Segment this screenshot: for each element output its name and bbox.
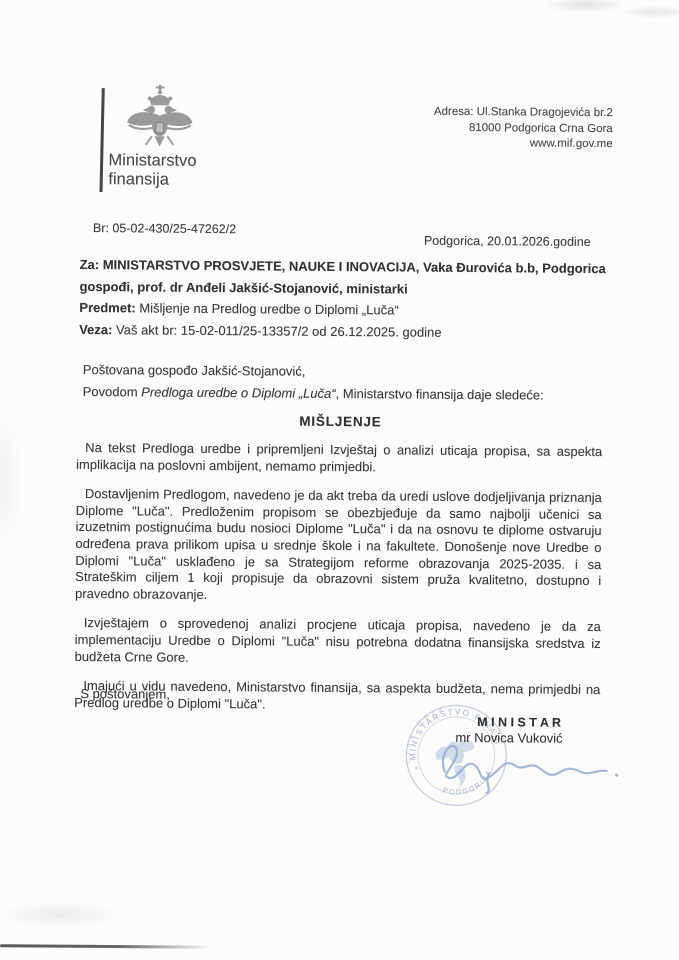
address-line3: www.mif.gov.me [399, 135, 613, 152]
address-line1: Adresa: Ul.Stanka Dragojevića br.2 [399, 104, 613, 121]
related-act-label: Veza: [79, 321, 112, 336]
recipient-block: Za: MINISTARSTVO PROSVJETE, NAUKE I INOV… [79, 254, 610, 344]
opinion-heading: MIŠLJENJE [78, 412, 602, 431]
paragraph-2: Dostavljenim Predlogom, navedeno je da a… [75, 486, 602, 606]
intro-suffix: , Ministarstvo finansija daje sledeće: [336, 386, 544, 403]
scan-fold-line [99, 88, 104, 192]
to-text: MINISTARSTVO PROSVJETE, NAUKE I INOVACIJ… [99, 257, 606, 276]
minister-title: M I N I S T A R [458, 715, 580, 730]
scan-tilt-layer: Ministarstvo finansija Adresa: Ul.Stanka… [0, 0, 679, 960]
intro-line: Povodom Predloga uredbe o Diplomi „Luča“… [83, 384, 603, 403]
place-and-date: Podgorica, 20.01.2026.godine [424, 234, 591, 249]
related-act-text: Vaš akt br: 15-02-011/25-13357/2 od 26.1… [112, 322, 441, 340]
paragraph-1: Na tekst Predloga uredbe i pripremljeni … [76, 440, 602, 477]
address-line2: 81000 Podgorica Crna Gora [399, 120, 613, 137]
related-act-line: Veza: Vaš akt br: 15-02-011/25-13357/2 o… [79, 318, 609, 344]
coat-of-arms-icon [117, 84, 204, 149]
scanned-letter-page: Ministarstvo finansija Adresa: Ul.Stanka… [0, 0, 679, 960]
letterhead: Ministarstvo finansija [108, 84, 229, 190]
paragraph-3: Izvještajem o sprovedenoj analizi procje… [75, 615, 601, 669]
subject-label: Predmet: [79, 300, 135, 315]
org-name-line1: Ministarstvo [108, 151, 228, 171]
handwritten-signature-icon [429, 732, 629, 796]
org-name-line2: finansija [108, 170, 228, 190]
to-label: Za: [80, 257, 100, 272]
closing-phrase: S poštovanjem, [80, 686, 170, 702]
letter-body: Na tekst Predloga uredbe i pripremljeni … [74, 440, 602, 728]
reference-number: Br: 05-02-430/25-47262/2 [93, 221, 236, 236]
subject-text: Mišljenje na Predlog uredbe o Diplomi „L… [136, 300, 399, 317]
intro-italic-title: Predloga uredbe o Diplomi „Luča“ [141, 384, 336, 401]
address-block: Adresa: Ul.Stanka Dragojevića br.2 81000… [399, 104, 613, 152]
salutation: Poštovana gospođo Jakšić-Stojanović, [83, 362, 306, 379]
intro-prefix: Povodom [83, 384, 142, 399]
